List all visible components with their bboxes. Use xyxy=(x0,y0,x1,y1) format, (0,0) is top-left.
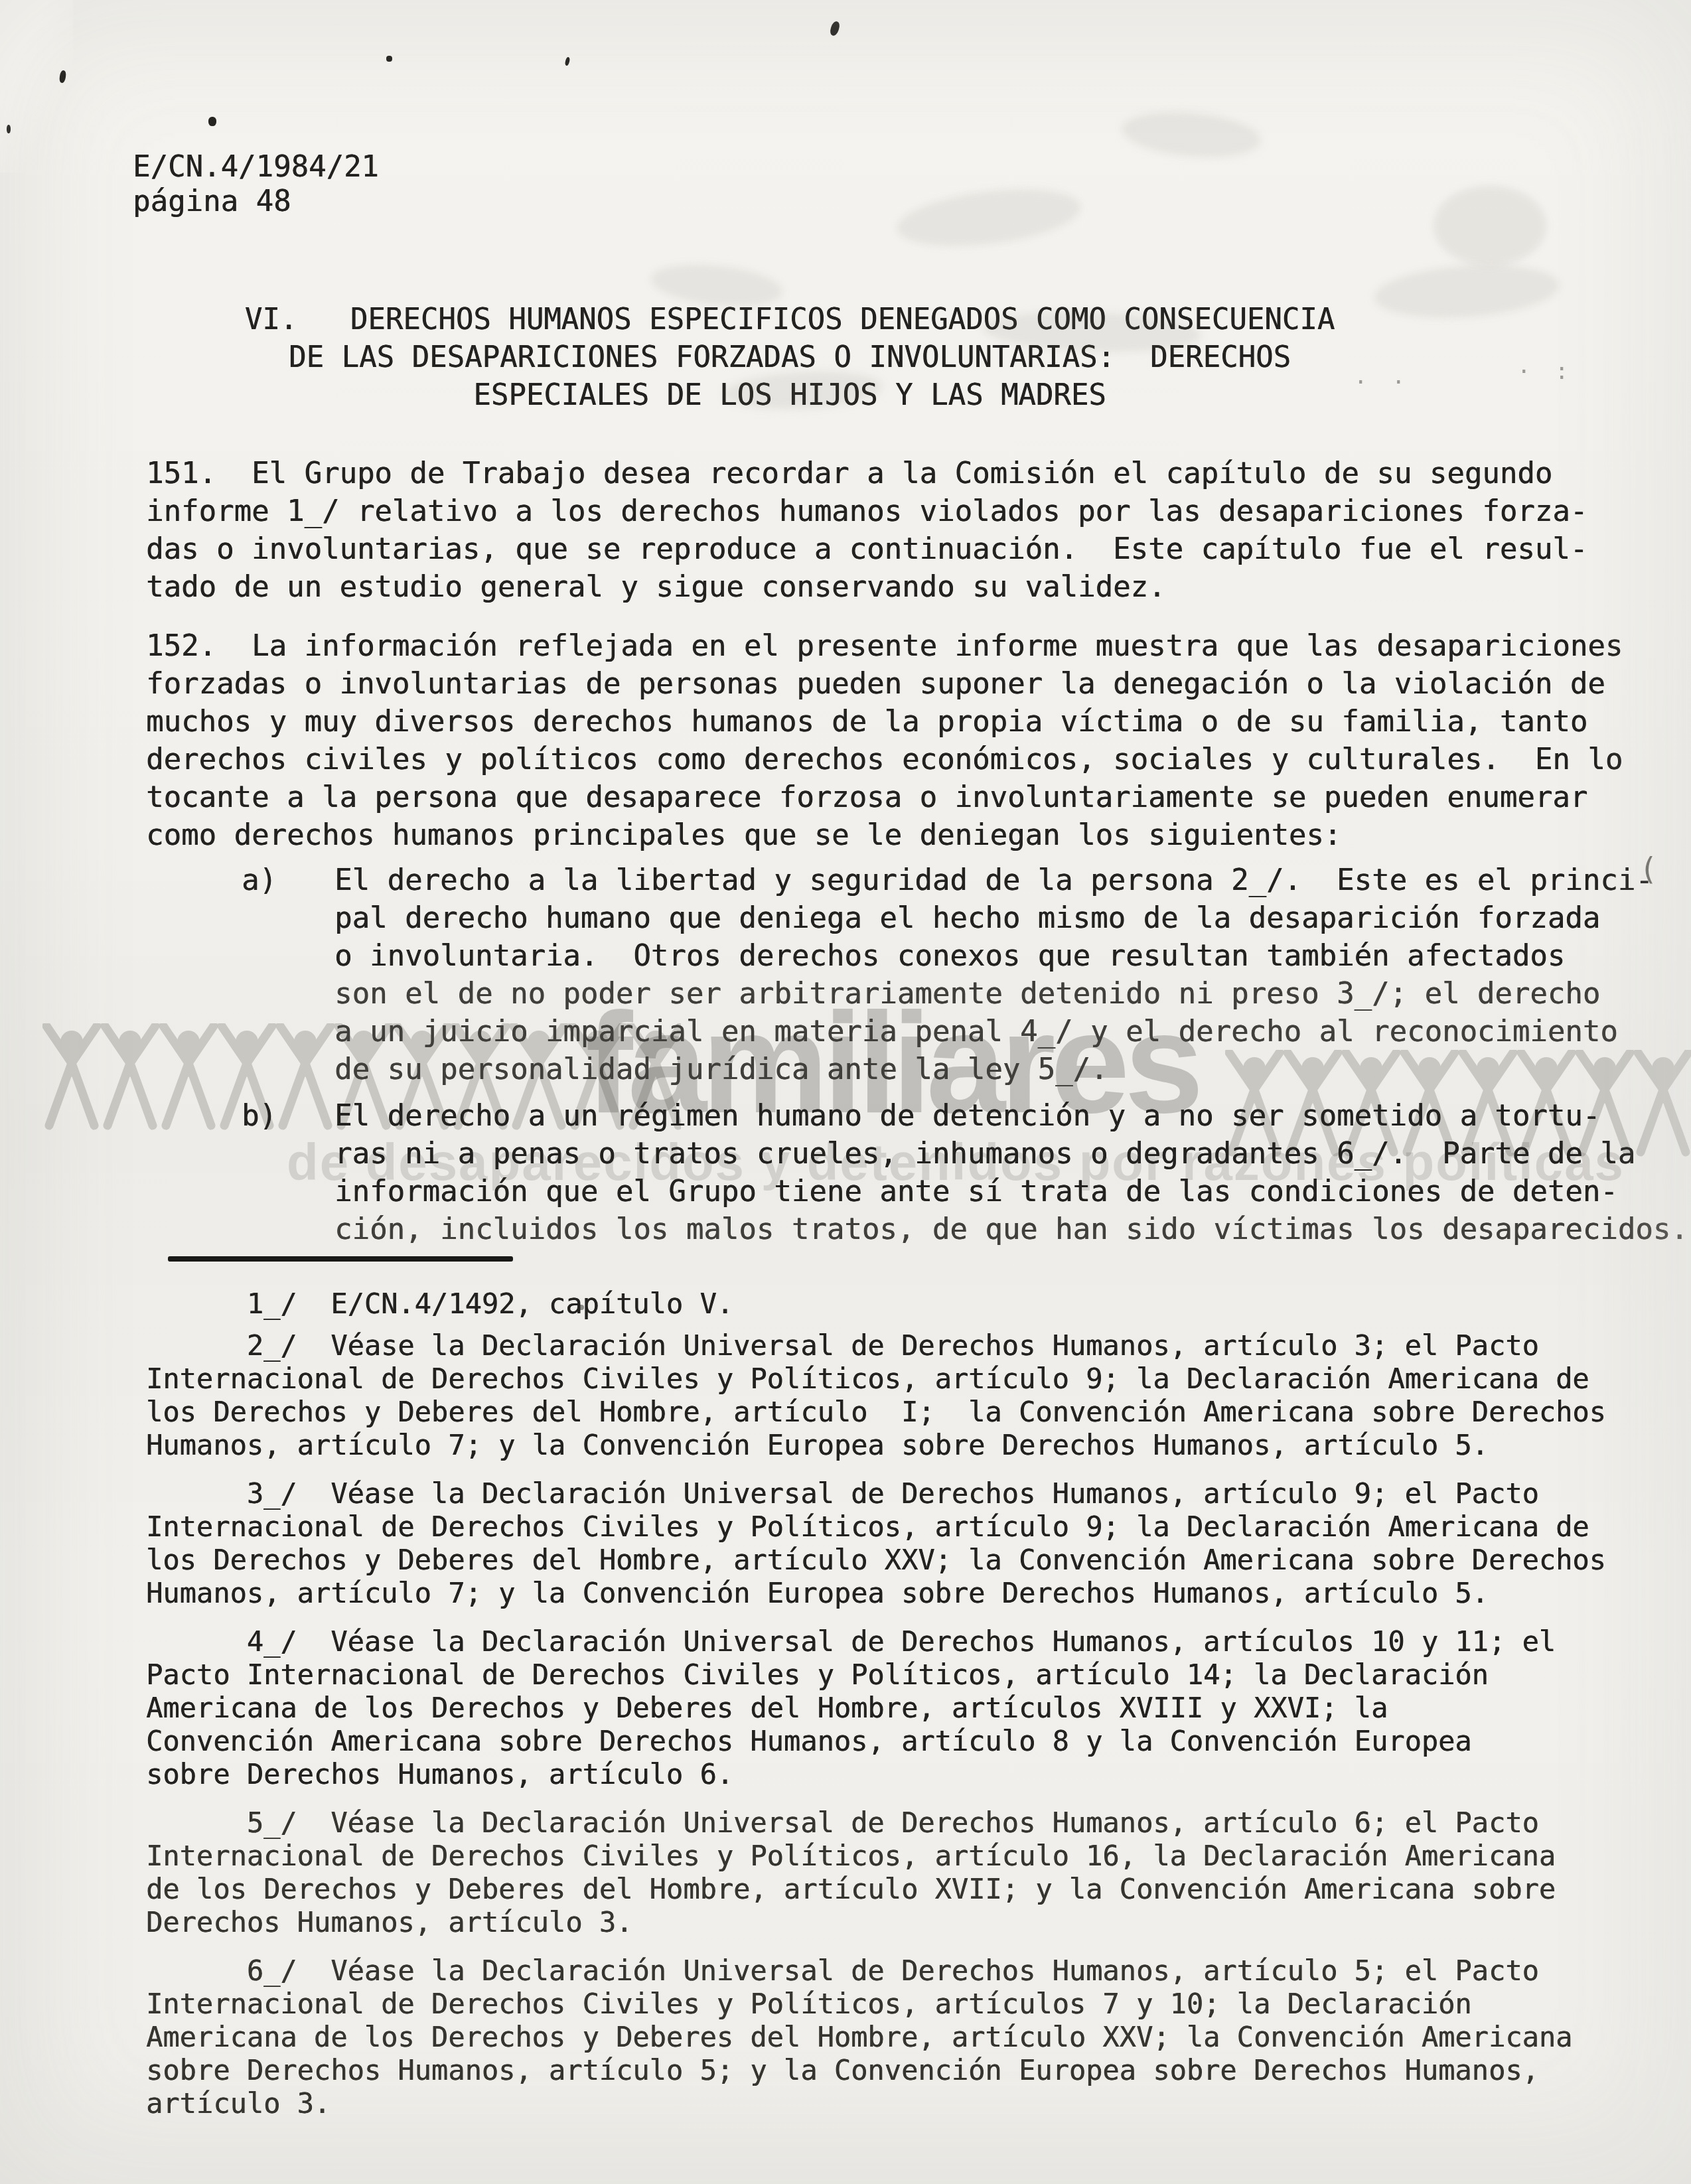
scanned-document-page: familiares de desaparecidos y detenidos … xyxy=(0,0,1691,2184)
footnote-line: Pacto Internacional de Derechos Civiles … xyxy=(146,1658,1556,1692)
footnote-line: 5̲/ Véase la Declaración Universal de De… xyxy=(146,1806,1556,1840)
list-item-label: b) xyxy=(242,1097,277,1135)
paragraph-line: como derechos humanos principales que se… xyxy=(146,816,1623,854)
list-item-line: información que el Grupo tiene ante sí t… xyxy=(334,1173,1688,1210)
footnote-line: Internacional de Derechos Civiles y Polí… xyxy=(146,1510,1606,1544)
footnote-5: 5̲/ Véase la Declaración Universal de De… xyxy=(146,1806,1556,1939)
list-item-line: o involuntaria. Otros derechos conexos q… xyxy=(334,937,1653,975)
scan-speck xyxy=(208,117,216,126)
document-text: E/CN.4/1984/21 página 48 VI. DERECHOS HU… xyxy=(0,0,1691,2184)
footnote-3: 3̲/ Véase la Declaración Universal de De… xyxy=(146,1477,1606,1610)
list-item-line: de su personalidad jurídica ante la ley … xyxy=(334,1051,1653,1088)
footnote-line: Internacional de Derechos Civiles y Polí… xyxy=(146,1362,1606,1396)
paragraph-line: 151. El Grupo de Trabajo desea recordar … xyxy=(146,455,1587,492)
footnote-separator xyxy=(168,1256,513,1262)
footnote-line: Humanos, artículo 7; y la Convención Eur… xyxy=(146,1429,1606,1462)
footnote-line: 2̲/ Véase la Declaración Universal de De… xyxy=(146,1329,1606,1362)
document-header: E/CN.4/1984/21 página 48 xyxy=(133,150,379,219)
paragraph-line: das o involuntarias, que se reproduce a … xyxy=(146,530,1587,568)
page-number: página 48 xyxy=(133,184,379,219)
footnote-6: 6̲/ Véase la Declaración Universal de De… xyxy=(146,1954,1572,2120)
scan-speck xyxy=(386,56,392,62)
footnote-line: Convención Americana sobre Derechos Huma… xyxy=(146,1725,1556,1758)
list-item-line: ción, incluidos los malos tratos, de que… xyxy=(334,1210,1688,1248)
footnote-line: Derechos Humanos, artículo 3. xyxy=(146,1906,1556,1939)
scan-speck xyxy=(7,125,11,133)
scan-speck: · : xyxy=(1517,358,1574,385)
list-item-line: a un juicio imparcial en materia penal 4… xyxy=(334,1013,1653,1051)
list-item-line: El derecho a la libertad y seguridad de … xyxy=(334,861,1653,899)
footnote-line: Americana de los Derechos y Deberes del … xyxy=(146,2021,1572,2054)
paragraph-line: informe 1̲/ relativo a los derechos huma… xyxy=(146,492,1587,530)
footnote-line: Internacional de Derechos Civiles y Polí… xyxy=(146,1840,1556,1873)
list-item-label: a) xyxy=(242,861,277,899)
paragraph-line: forzadas o involuntarias de personas pue… xyxy=(146,665,1623,703)
footnote-line: 3̲/ Véase la Declaración Universal de De… xyxy=(146,1477,1606,1510)
scan-speck: · · xyxy=(1354,369,1410,396)
footnote-line: 1̲/ E/CN.4/1492, capítulo V. xyxy=(146,1287,733,1321)
footnote-2: 2̲/ Véase la Declaración Universal de De… xyxy=(146,1329,1606,1462)
list-item-a: a) El derecho a la libertad y seguridad … xyxy=(334,861,1653,1088)
footnote-4: 4̲/ Véase la Declaración Universal de De… xyxy=(146,1625,1556,1791)
footnote-1: 1̲/ E/CN.4/1492, capítulo V. xyxy=(146,1287,733,1321)
footnote-line: artículo 3. xyxy=(146,2087,1572,2120)
paragraph-line: muchos y muy diversos derechos humanos d… xyxy=(146,703,1623,741)
list-item-line: ras ni a penas o tratos crueles, inhuman… xyxy=(334,1135,1688,1173)
list-item-b: b) El derecho a un régimen humano de det… xyxy=(334,1097,1688,1248)
footnote-line: 4̲/ Véase la Declaración Universal de De… xyxy=(146,1625,1556,1658)
footnote-line: los Derechos y Deberes del Hombre, artíc… xyxy=(146,1396,1606,1429)
footnote-line: de los Derechos y Deberes del Hombre, ar… xyxy=(146,1873,1556,1906)
list-item-line: son el de no poder ser arbitrariamente d… xyxy=(334,975,1653,1013)
scan-mark-paren: ( xyxy=(1639,851,1658,887)
paragraph-line: 152. La información reflejada en el pres… xyxy=(146,627,1623,665)
paragraph-line: derechos civiles y políticos como derech… xyxy=(146,741,1623,778)
paragraph-line: tado de un estudio general y sigue conse… xyxy=(146,568,1587,606)
list-item-line: El derecho a un régimen humano de detenc… xyxy=(334,1097,1688,1135)
list-item-line: pal derecho humano que deniega el hecho … xyxy=(334,899,1653,937)
paragraph-152: 152. La información reflejada en el pres… xyxy=(146,627,1623,854)
heading-line: DE LAS DESAPARICIONES FORZADAS O INVOLUN… xyxy=(113,338,1467,376)
scan-speck xyxy=(577,1305,584,1310)
paragraph-line: tocante a la persona que desaparece forz… xyxy=(146,778,1623,816)
footnote-line: Humanos, artículo 7; y la Convención Eur… xyxy=(146,1577,1606,1610)
footnote-line: Internacional de Derechos Civiles y Polí… xyxy=(146,1988,1572,2021)
scan-smudge xyxy=(1434,186,1546,265)
footnote-line: 6̲/ Véase la Declaración Universal de De… xyxy=(146,1954,1572,1988)
footnote-line: Americana de los Derechos y Deberes del … xyxy=(146,1692,1556,1725)
doc-symbol: E/CN.4/1984/21 xyxy=(133,150,379,184)
heading-line: VI. DERECHOS HUMANOS ESPECIFICOS DENEGAD… xyxy=(113,301,1467,338)
footnote-line: sobre Derechos Humanos, artículo 5; y la… xyxy=(146,2054,1572,2087)
footnote-line: sobre Derechos Humanos, artículo 6. xyxy=(146,1758,1556,1791)
paragraph-151: 151. El Grupo de Trabajo desea recordar … xyxy=(146,455,1587,606)
footnote-line: los Derechos y Deberes del Hombre, artíc… xyxy=(146,1544,1606,1577)
